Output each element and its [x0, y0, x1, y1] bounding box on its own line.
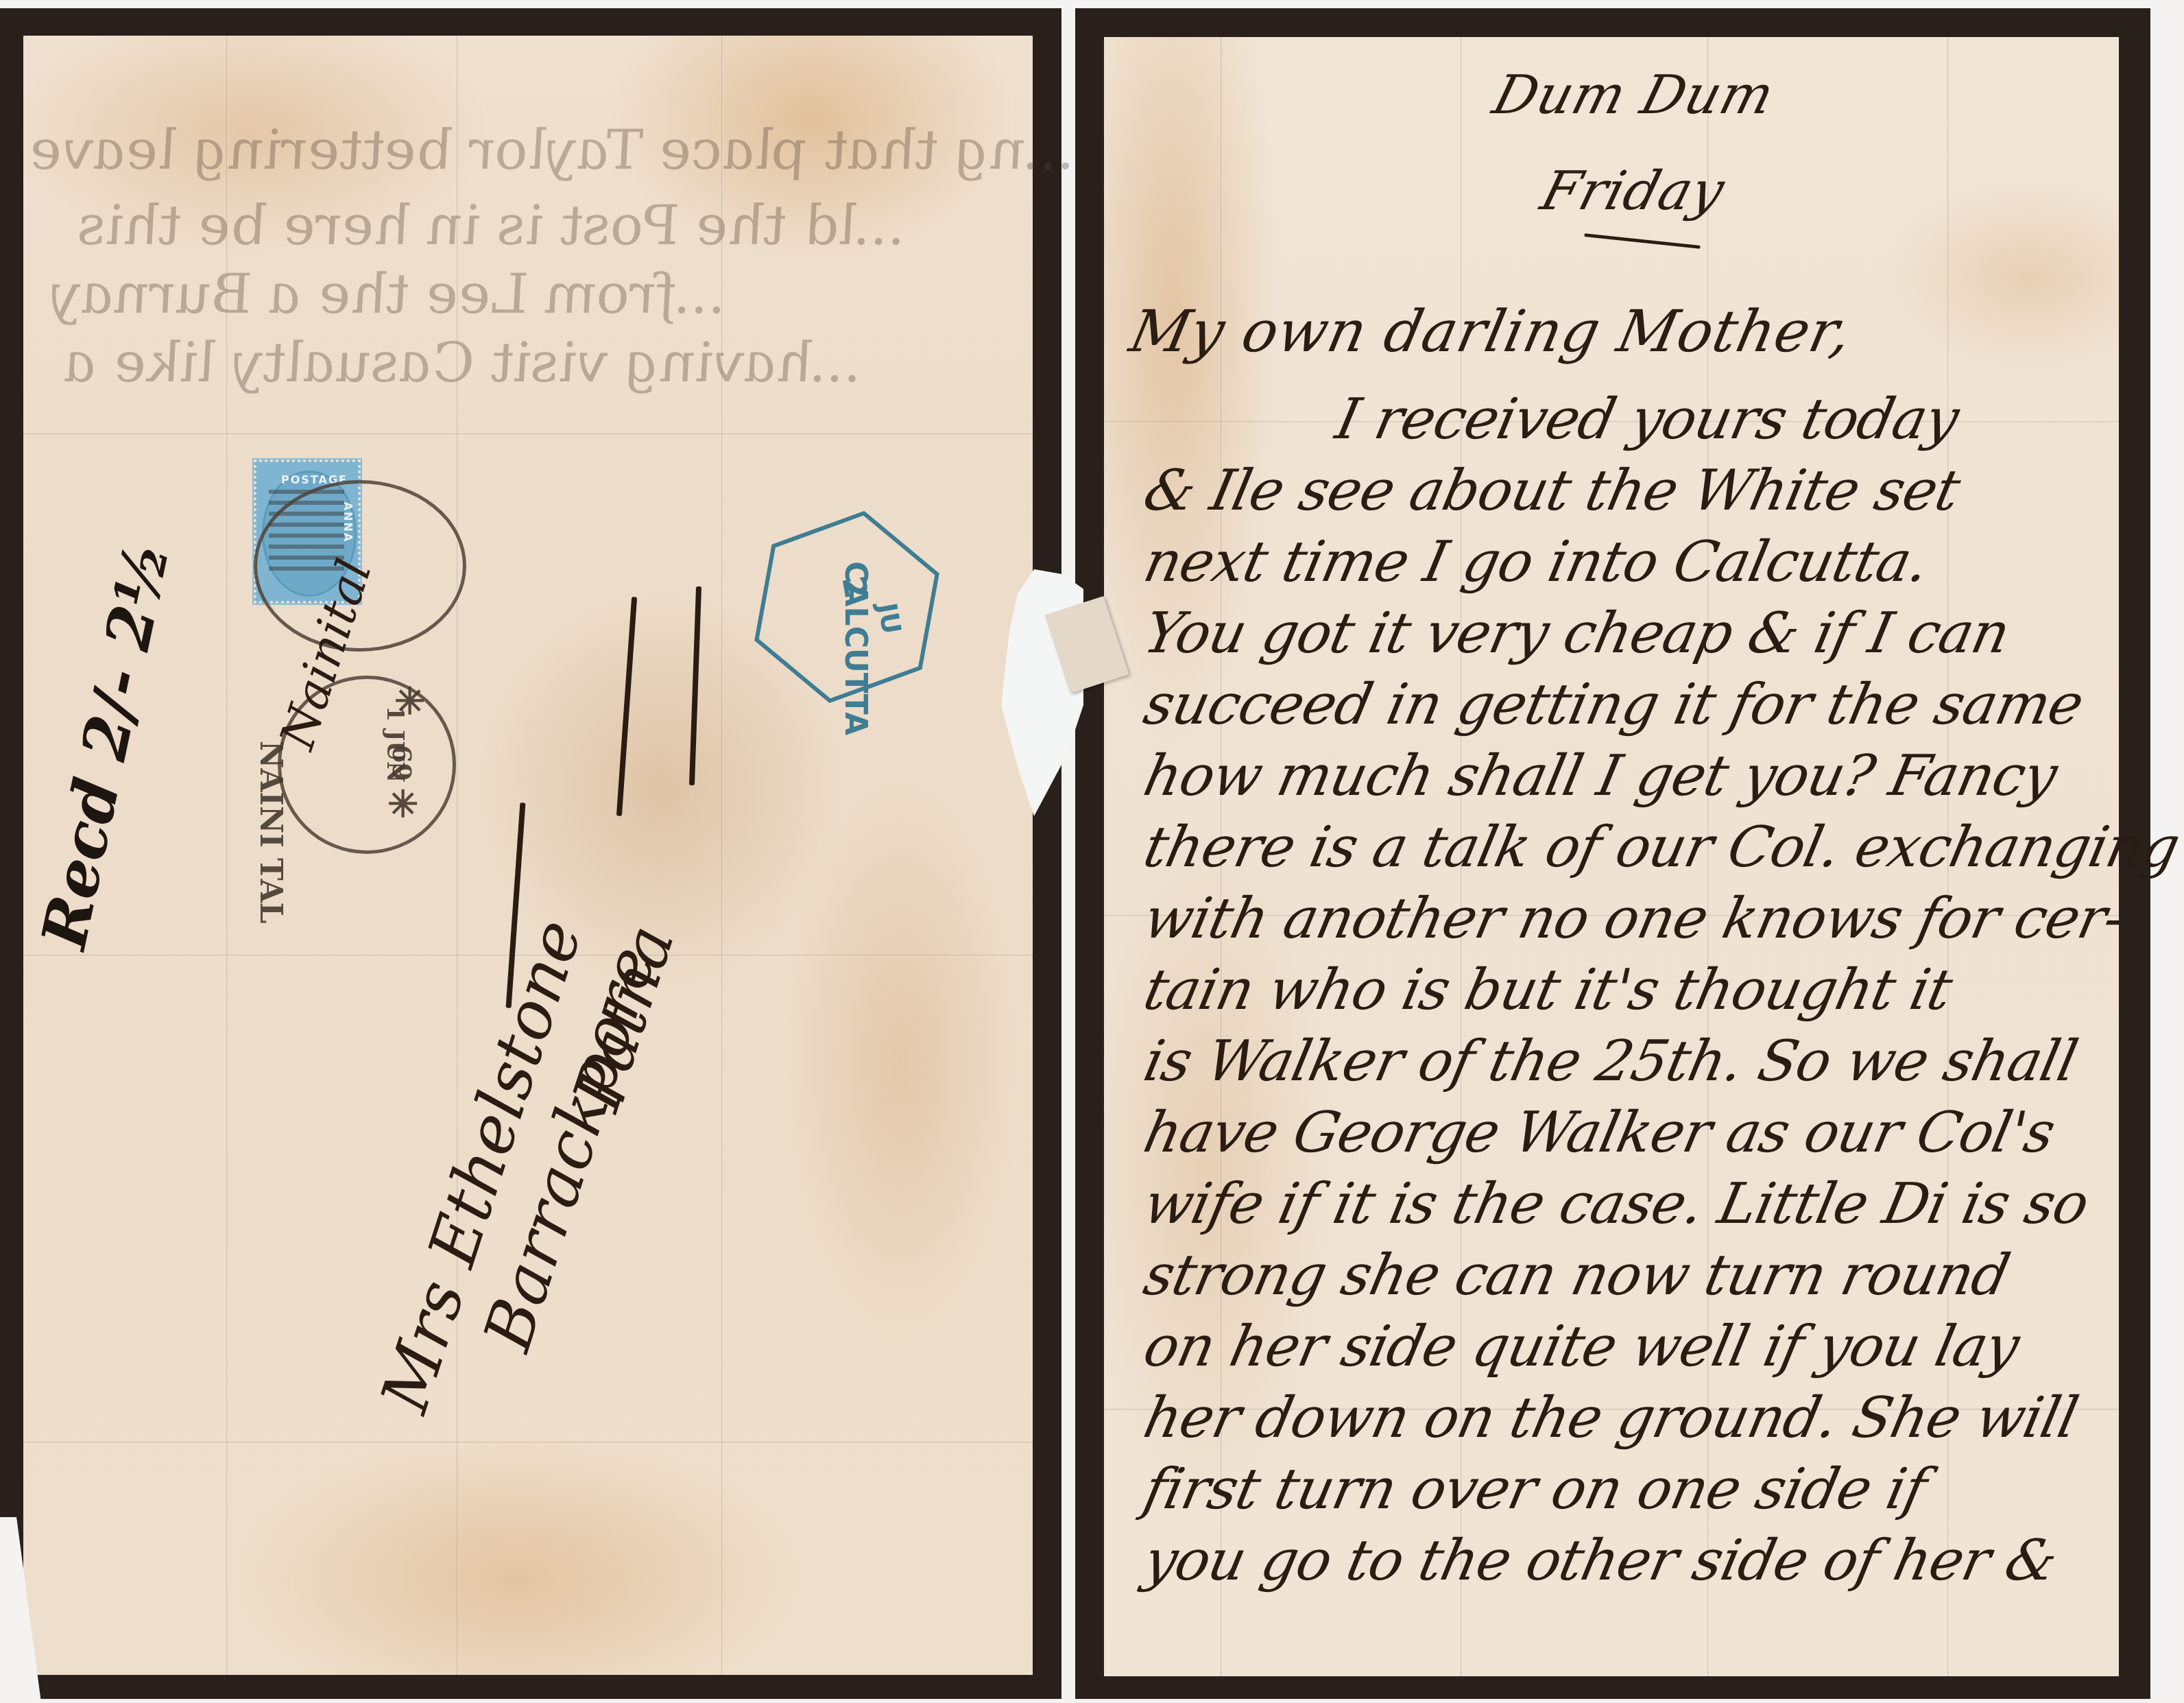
postmark-star-icon: ✳ — [394, 679, 425, 723]
postmark-star-icon: ✳ — [387, 782, 418, 826]
fold-line — [23, 433, 1033, 436]
letter-line: next time I go into Calcutta. — [1138, 529, 1934, 595]
letter-line: on her side quite well if you lay — [1138, 1314, 2024, 1379]
letter-line: you go to the other side of her & — [1138, 1528, 2063, 1593]
cover-paper: ...ng that place Taylor bettering leave … — [23, 36, 1033, 1675]
letter-line: succeed in getting it for the same — [1138, 672, 2089, 737]
letter-day: Friday — [1535, 160, 1731, 222]
letter-line: how much shall I get you? Fancy — [1138, 743, 2063, 809]
letter-line: is Walker of the 25th. So we shall — [1138, 1029, 2083, 1094]
letter-line: & Ile see about the White set — [1138, 458, 1965, 523]
letter-line: I received yours today — [1330, 387, 1964, 452]
letter-line: tain who is but it's thought it — [1138, 957, 1958, 1023]
letter-line: have George Walker as our Col's — [1138, 1100, 2061, 1165]
letter-line: with another no one knows for cer- — [1138, 886, 2131, 951]
show-through-text: ...having visit Casualty like a — [56, 331, 872, 394]
letter-place: Dum Dum — [1487, 64, 1781, 126]
cover-page: ...ng that place Taylor bettering leave … — [0, 8, 1061, 1699]
letter-paper: Dum Dum Friday My own darling Mother, I … — [1104, 37, 2119, 1676]
postmark-year: 69 — [387, 745, 418, 781]
letter-line: wife if it is the case. Little Di is so — [1138, 1171, 2094, 1237]
letter-page: Dum Dum Friday My own darling Mother, I … — [1075, 8, 2150, 1699]
fold-line — [23, 1442, 1033, 1444]
date-underline — [1584, 233, 1701, 249]
show-through-text: ...ld the Post is in here be this — [70, 193, 916, 257]
letter-line: You got it very cheap & if I can — [1138, 601, 2015, 666]
letter-line: strong she can now turn round — [1138, 1243, 2015, 1308]
salutation: My own darling Mother, — [1125, 298, 1858, 365]
letter-line: her down on the ground. She will — [1138, 1385, 2083, 1451]
postmark-town: NAINI TAL — [253, 741, 288, 923]
show-through-text: ...from Lee the a Burnay — [43, 262, 737, 326]
show-through-text: ...ng that place Taylor bettering leave — [22, 118, 1085, 182]
letter-line: there is a talk of our Col. exchanging — [1138, 815, 2184, 880]
letter-line: first turn over on one side if — [1138, 1457, 1932, 1522]
hex-postmark-month: JU — [872, 601, 907, 636]
